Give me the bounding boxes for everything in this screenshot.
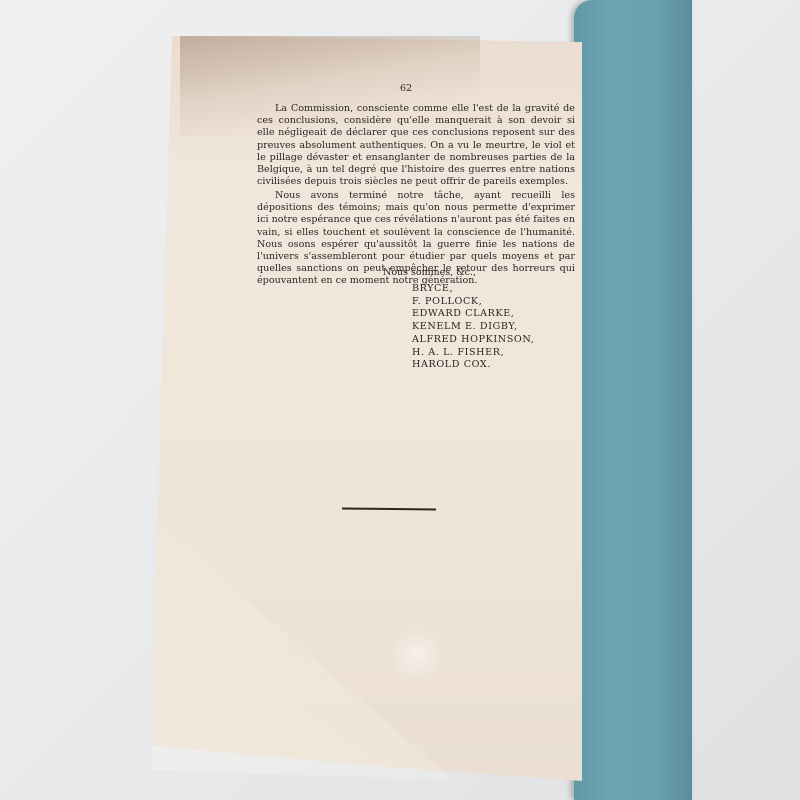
signatories-list: BRYCE, F. POLLOCK, EDWARD CLARKE, KENELM…: [412, 283, 534, 372]
signatory: F. POLLOCK,: [412, 296, 534, 309]
signatory: ALFRED HOPKINSON,: [412, 334, 534, 347]
signatory: KENELM E. DIGBY,: [412, 321, 534, 334]
paragraph-commission: La Commission, consciente comme elle l'e…: [257, 103, 575, 188]
closing-salutation: Nous sommes, &c.,: [383, 267, 476, 279]
page-number: 62: [400, 83, 412, 95]
teal-book-cover: [574, 0, 692, 800]
signatory: HAROLD COX.: [412, 359, 534, 372]
signatory: H. A. L. FISHER,: [412, 347, 534, 360]
signatory: EDWARD CLARKE,: [412, 308, 534, 321]
signatory: BRYCE,: [412, 283, 534, 296]
paper-crease-blemish: [392, 620, 442, 690]
